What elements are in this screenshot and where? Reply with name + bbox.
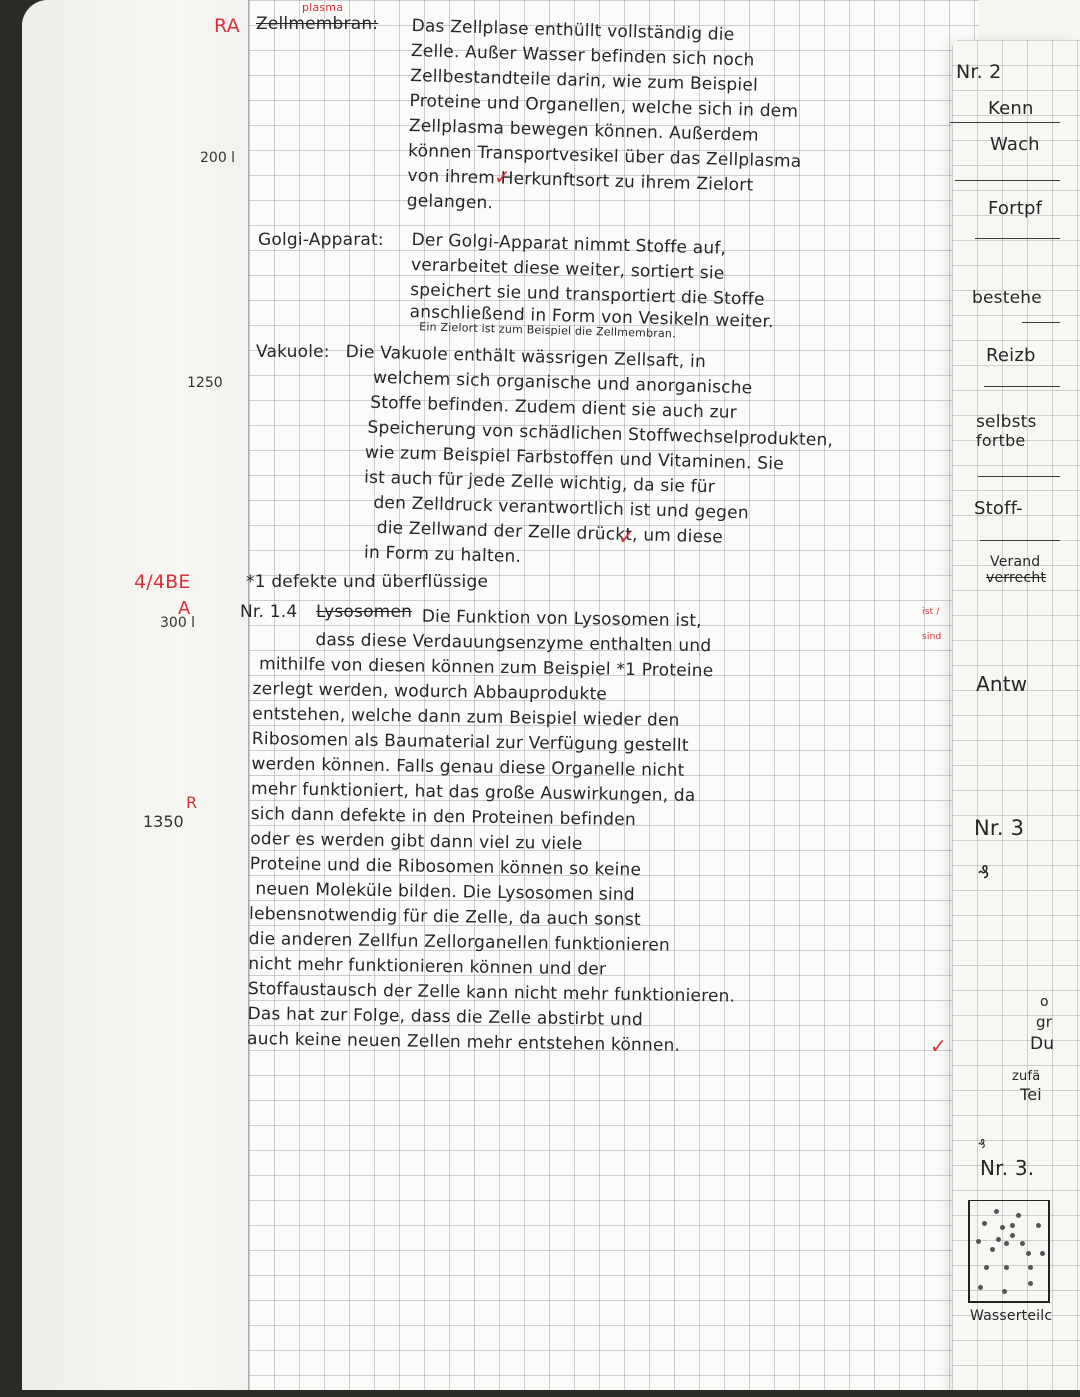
right-item: bestehe xyxy=(972,286,1042,311)
right-item: Stoff- xyxy=(974,496,1023,521)
grade-mark-ra: RA xyxy=(214,14,240,39)
vakuole-heading: Vakuole: xyxy=(256,340,330,365)
divider xyxy=(978,476,1060,477)
water-particle-diagram xyxy=(968,1200,1050,1303)
zellplasma-paragraph: Das Zellplase enthüllt vollständig die Z… xyxy=(406,14,805,225)
right-item: Antw xyxy=(976,672,1027,697)
margin-count-4: 1350 xyxy=(143,812,184,831)
margin-count-2: 1250 xyxy=(187,375,223,391)
right-item: Kenn xyxy=(988,96,1034,121)
divider xyxy=(980,540,1060,541)
right-fragment: Du xyxy=(1030,1032,1054,1057)
left-blank-page xyxy=(22,0,248,1390)
check-mark: ✓ xyxy=(494,165,511,190)
right-item: Wach xyxy=(990,132,1040,157)
golgi-heading: Golgi-Apparat: xyxy=(258,228,384,253)
right-heading-nr3: Nr. 3 xyxy=(974,816,1024,841)
right-item: fortbe xyxy=(976,428,1025,453)
divider xyxy=(950,122,1060,123)
divider xyxy=(955,180,1060,181)
check-mark: ✓ xyxy=(618,525,635,550)
right-item: Reizb xyxy=(986,343,1036,368)
divider xyxy=(984,386,1060,387)
symbol-mark-2: ₰ xyxy=(978,1132,986,1157)
side-correction: ist / sind xyxy=(922,600,952,650)
diagram-label: Wasserteilc xyxy=(970,1304,1052,1329)
margin-count-3: 300 l xyxy=(160,615,195,631)
margin-count-1: 200 l xyxy=(200,150,235,166)
right-heading-nr2: Nr. 2 xyxy=(956,60,1001,85)
divider xyxy=(1022,322,1060,323)
nr14-paragraph: Die Funktion von Lysosomen ist, dass die… xyxy=(247,602,741,1060)
right-page xyxy=(952,40,1080,1390)
right-fragment: Tei xyxy=(1020,1082,1042,1107)
symbol-mark: ₰ xyxy=(978,860,990,885)
golgi-paragraph: Der Golgi-Apparat nimmt Stoffe auf, vera… xyxy=(409,228,776,343)
right-item-struck: verrecht xyxy=(986,566,1046,591)
score-mark: 4/4BE xyxy=(134,570,191,595)
check-mark: ✓ xyxy=(930,1034,947,1059)
mark-r: R xyxy=(186,790,197,815)
right-heading-nr3-dot: Nr. 3. xyxy=(980,1156,1034,1181)
vakuole-paragraph: Die Vakuole enthält wässrigen Zellsaft, … xyxy=(340,340,836,579)
right-item: Fortpf xyxy=(988,196,1042,221)
divider xyxy=(975,238,1060,239)
zellplasma-heading: Zellmembran: xyxy=(256,12,378,37)
footnote: *1 defekte und überflüssige xyxy=(246,570,488,595)
